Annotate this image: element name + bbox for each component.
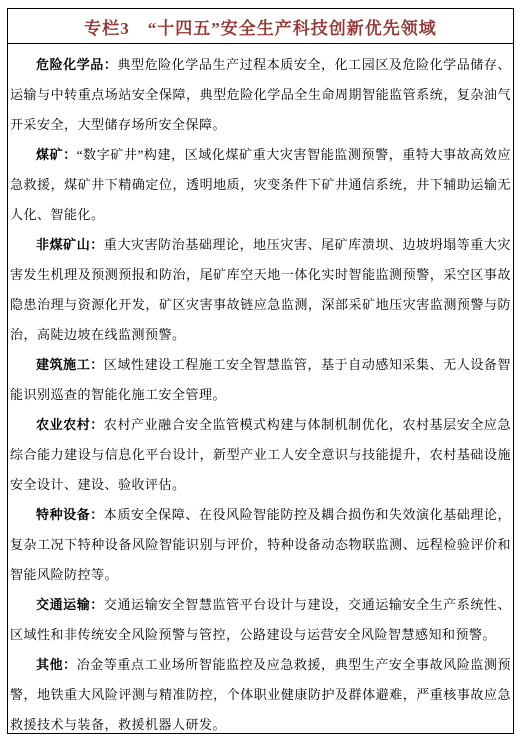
paragraph-non-coal-mines: 非煤矿山：重大灾害防治基础理论，地压灾害、尾矿库溃坝、边坡坍塌等重大灾害发生机理… — [10, 230, 511, 350]
area-text: 冶金等重点工业场所智能监控及应急救援，典型生产安全事故风险监测预警，地铁重大风险… — [10, 657, 511, 732]
paragraph-coal-mines: 煤矿：“数字矿井”构建，区域化煤矿重大灾害智能监测预警，重特大事故高效应急救援，… — [10, 140, 511, 230]
column-3-panel: 专栏3 “十四五”安全生产科技创新优先领域 危险化学品：典型危险化学品生产过程本… — [7, 8, 514, 734]
area-term: 危险化学品： — [36, 57, 117, 72]
panel-title: 专栏3 “十四五”安全生产科技创新优先领域 — [84, 14, 437, 39]
area-text: 重大灾害防治基础理论，地压灾害、尾矿库溃坝、边坡坍塌等重大灾害发生机理及预测预报… — [10, 237, 511, 342]
area-term: 交通运输： — [36, 597, 104, 612]
area-term: 建筑施工： — [36, 357, 104, 372]
area-term: 特种设备： — [36, 507, 104, 522]
panel-body: 危险化学品：典型危险化学品生产过程本质安全，化工园区及危险化学品储存、运输与中转… — [8, 44, 513, 734]
paragraph-others: 其他：冶金等重点工业场所智能监控及应急救援，典型生产安全事故风险监测预警，地铁重… — [10, 650, 511, 734]
area-term: 煤矿： — [36, 147, 77, 162]
paragraph-transportation: 交通运输：交通运输安全智慧监管平台设计与建设，交通运输安全生产系统性、区域性和非… — [10, 590, 511, 650]
area-term: 农业农村： — [36, 417, 104, 432]
panel-title-row: 专栏3 “十四五”安全生产科技创新优先领域 — [8, 9, 513, 44]
paragraph-construction: 建筑施工：区域性建设工程施工安全智慧监管，基于自动感知采集、无人设备智能识别巡查… — [10, 350, 511, 410]
area-term: 非煤矿山： — [36, 237, 104, 252]
paragraph-special-equipment: 特种设备：本质安全保障、在役风险智能防控及耦合损伤和失效演化基础理论，复杂工况下… — [10, 500, 511, 590]
paragraph-agriculture-rural: 农业农村：农村产业融合安全监管模式构建与体制机制优化，农村基层安全应急综合能力建… — [10, 410, 511, 500]
paragraph-hazardous-chemicals: 危险化学品：典型危险化学品生产过程本质安全，化工园区及危险化学品储存、运输与中转… — [10, 50, 511, 140]
area-term: 其他： — [36, 657, 77, 672]
area-text: “数字矿井”构建，区域化煤矿重大灾害智能监测预警，重特大事故高效应急救援，煤矿井… — [10, 147, 511, 222]
